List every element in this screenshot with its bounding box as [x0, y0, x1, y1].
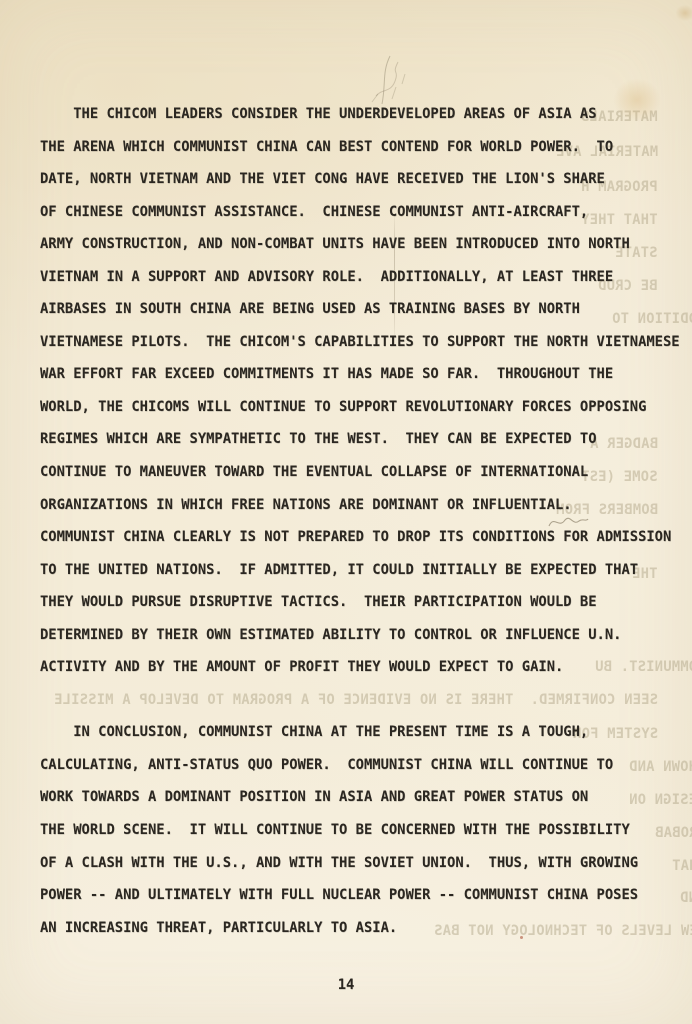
- text-line: ORGANIZATIONS IN WHICH FREE NATIONS ARE …: [40, 489, 688, 522]
- text-line: TO THE UNITED NATIONS. IF ADMITTED, IT C…: [40, 554, 688, 587]
- text-line: THEY WOULD PURSUE DISRUPTIVE TACTICS. TH…: [40, 586, 688, 619]
- text-line: POWER -- AND ULTIMATELY WITH FULL NUCLEA…: [40, 879, 688, 912]
- paragraph-2: IN CONCLUSION, COMMUNIST CHINA AT THE PR…: [40, 716, 688, 944]
- page-number: 14: [0, 969, 692, 1001]
- text-line: WAR EFFORT FAR EXCEED COMMITMENTS IT HAS…: [40, 358, 688, 391]
- text-line: ARMY CONSTRUCTION, AND NON-COMBAT UNITS …: [40, 228, 688, 261]
- text-line: OF A CLASH WITH THE U.S., AND WITH THE S…: [40, 847, 688, 880]
- paragraph-1: THE CHICOM LEADERS CONSIDER THE UNDERDEV…: [40, 98, 688, 684]
- text-line: DATE, NORTH VIETNAM AND THE VIET CONG HA…: [40, 163, 688, 196]
- text-line: THE ARENA WHICH COMMUNIST CHINA CAN BEST…: [40, 131, 688, 164]
- document-page: MATERIALS MATERIAL AVE PROGRAM H THAT TH…: [0, 0, 692, 1024]
- text-line: AN INCREASING THREAT, PARTICULARLY TO AS…: [40, 912, 688, 945]
- text-line: DETERMINED BY THEIR OWN ESTIMATED ABILIT…: [40, 619, 688, 652]
- text-line: OF CHINESE COMMUNIST ASSISTANCE. CHINESE…: [40, 196, 688, 229]
- text-line: CALCULATING, ANTI-STATUS QUO POWER. COMM…: [40, 749, 688, 782]
- paper-stain: [672, 2, 692, 24]
- text-line: AIRBASES IN SOUTH CHINA ARE BEING USED A…: [40, 293, 688, 326]
- text-line: THE CHICOM LEADERS CONSIDER THE UNDERDEV…: [40, 98, 688, 131]
- text-line: WORLD, THE CHICOMS WILL CONTINUE TO SUPP…: [40, 391, 688, 424]
- text-line: VIETNAMESE PILOTS. THE CHICOM'S CAPABILI…: [40, 326, 688, 359]
- text-line: WORK TOWARDS A DOMINANT POSITION IN ASIA…: [40, 781, 688, 814]
- text-line: THE WORLD SCENE. IT WILL CONTINUE TO BE …: [40, 814, 688, 847]
- typewritten-text: THE CHICOM LEADERS CONSIDER THE UNDERDEV…: [40, 98, 688, 944]
- text-line: VIETNAM IN A SUPPORT AND ADVISORY ROLE. …: [40, 261, 688, 294]
- text-line: CONTINUE TO MANEUVER TOWARD THE EVENTUAL…: [40, 456, 688, 489]
- text-line: COMMUNIST CHINA CLEARLY IS NOT PREPARED …: [40, 521, 688, 554]
- text-line: REGIMES WHICH ARE SYMPATHETIC TO THE WES…: [40, 423, 688, 456]
- text-line: IN CONCLUSION, COMMUNIST CHINA AT THE PR…: [40, 716, 688, 749]
- text-line: ACTIVITY AND BY THE AMOUNT OF PROFIT THE…: [40, 651, 688, 684]
